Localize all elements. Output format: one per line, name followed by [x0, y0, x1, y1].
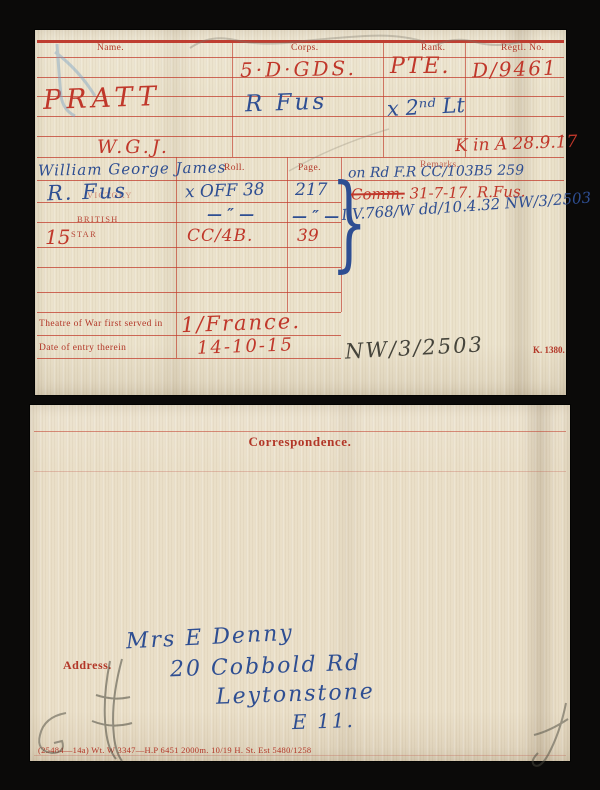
column-divider [287, 157, 288, 312]
theatre-of-war-label: Theatre of War first served in [39, 319, 163, 329]
corps-entry-2: R Fus [245, 91, 328, 117]
address-line: Leytonstone [216, 681, 376, 709]
pencil-scribble [518, 695, 578, 775]
name-column-header: Name. [97, 43, 124, 53]
british-medal-label: British [77, 214, 118, 224]
back-card: Correspondence. Address. Mrs E Denny 20 … [30, 405, 570, 761]
ruled-line [37, 292, 341, 293]
scanned-document: Name. Corps. Rank. Regtl. No. 5·D·GDS. P… [0, 0, 600, 790]
killed-in-action-note: K in A 28.9.17 [455, 134, 578, 155]
roll-column-header: Roll. [224, 163, 245, 173]
address-line: E 11. [292, 710, 355, 732]
address-line: 20 Cobbold Rd [170, 653, 362, 682]
address-line: Mrs E Denny [126, 623, 295, 654]
star-medal-label: Star [71, 229, 97, 239]
ruled-line [37, 358, 341, 359]
paper-shade [522, 405, 558, 761]
ruled-line [37, 116, 564, 117]
british-roll-ditto: — ″ — [207, 207, 254, 222]
victory-page-entry: 217 [295, 182, 327, 199]
column-divider [176, 157, 177, 358]
front-card: Name. Corps. Rank. Regtl. No. 5·D·GDS. P… [35, 30, 566, 395]
page-column-header: Page. [298, 163, 321, 173]
corps-column-header: Corps. [291, 43, 318, 53]
victory-corps-overwrite: R. Fus [47, 181, 128, 205]
column-divider [232, 40, 233, 157]
full-name-handwritten: William George James [38, 160, 227, 178]
regtl-no-entry-1: D/9461 [472, 58, 558, 81]
victory-roll-entry: x OFF 38 [185, 182, 265, 202]
date-of-entry-value: 14-10-15 [197, 336, 294, 357]
star-prefix-handwritten: 15 [45, 227, 70, 247]
pencil-scribble [30, 705, 76, 765]
star-page-entry: 39 [297, 228, 319, 245]
initials-handwritten: W.G.J. [97, 138, 170, 157]
form-code: K. 1380. [533, 345, 565, 355]
remarks-struck-word: Comm. [351, 185, 405, 204]
date-of-entry-label: Date of entry therein [39, 343, 126, 353]
rank-entry-1: PTE. [390, 56, 451, 78]
pencil-scribble [185, 30, 525, 56]
corps-entry-1: 5·D·GDS. [240, 58, 357, 80]
rank-column-header: Rank. [421, 43, 445, 53]
remarks-line-1: on Rd F.R CC/103B5 259 [348, 163, 524, 180]
ruled-line [37, 267, 341, 268]
rank-entry-2: x 2ⁿᵈ Lt [387, 95, 466, 120]
ruled-line [34, 431, 566, 432]
surname-handwritten: PRATT [43, 83, 162, 114]
form-imprint: (25484—14a) Wt. W 3347—H.P 6451 2000m. 1… [38, 745, 311, 755]
address-label: Address. [63, 658, 112, 673]
correspondence-title: Correspondence. [30, 434, 570, 450]
paper-shade [503, 30, 537, 395]
paper-shade [155, 30, 195, 395]
column-divider [383, 40, 384, 157]
ruled-line [34, 755, 566, 756]
theatre-of-war-value: 1/France. [181, 311, 302, 336]
star-roll-entry: CC/4B. [187, 228, 253, 245]
reference-number-pencil: NW/3/2503 [345, 334, 485, 362]
ruled-line [37, 247, 341, 248]
ruled-line [34, 471, 566, 472]
regtl-no-column-header: Regtl. No. [501, 43, 544, 53]
